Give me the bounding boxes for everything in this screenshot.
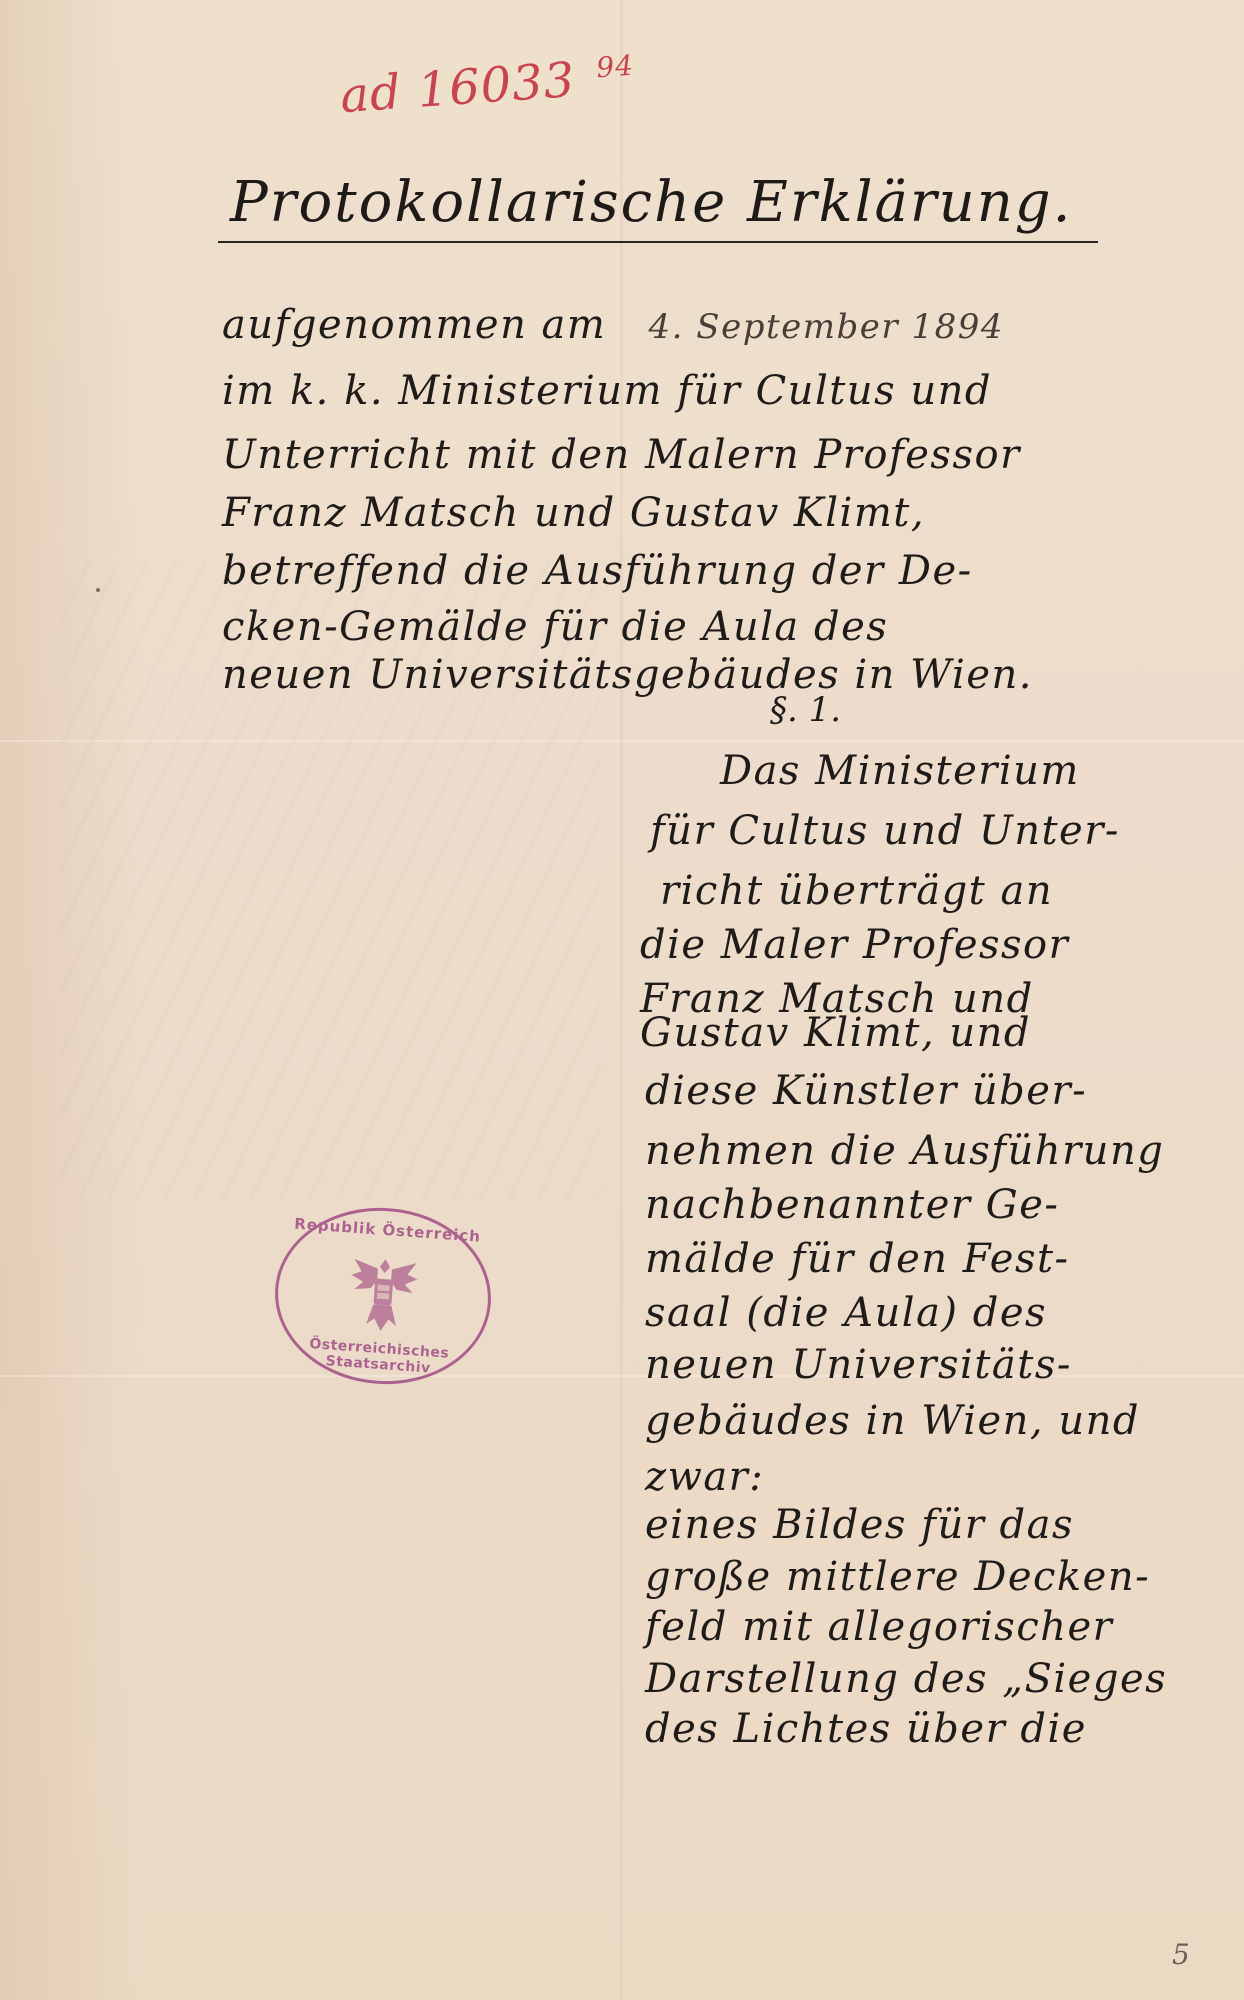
stamp-bottom-text: Österreichisches Staatsarchiv: [273, 1334, 485, 1381]
header-line-6: cken-Gemälde für die Aula des: [222, 604, 888, 650]
header-line-1: aufgenommen am 4. September 1894: [222, 302, 1004, 348]
section-line: nachbenannter Ge-: [645, 1182, 1059, 1228]
document-title: Protokollarische Erklärung.: [218, 170, 1108, 235]
section-line: saal (die Aula) des: [645, 1290, 1047, 1336]
section-line: gebäudes in Wien, und: [645, 1398, 1140, 1444]
title-underline: [218, 241, 1098, 243]
section-line: eines Bildes für das: [645, 1502, 1074, 1548]
section-line: die Maler Professor: [640, 922, 1069, 968]
section-mark: §. 1.: [770, 690, 841, 730]
section-line: mälde für den Fest-: [645, 1236, 1070, 1282]
header-line-text: aufgenommen am: [222, 302, 606, 348]
section-line: für Cultus und Unter-: [650, 808, 1120, 854]
header-line-4: Franz Matsch und Gustav Klimt,: [222, 490, 925, 536]
protocol-date: 4. September 1894: [649, 307, 1004, 347]
section-line: neuen Universitäts-: [645, 1342, 1072, 1388]
archive-stamp: Republik Österreich Österreichisches Sta…: [269, 1201, 497, 1392]
section-line: große mittlere Decken-: [645, 1554, 1150, 1600]
page-number-mark: 5: [1172, 1938, 1190, 1971]
eagle-coat-of-arms-icon: [343, 1249, 423, 1338]
document-page: ad 1603394 Protokollarische Erklärung. a…: [0, 0, 1244, 2000]
archive-reference-number: ad 1603394: [338, 48, 636, 124]
section-line: Gustav Klimt, und: [640, 1010, 1031, 1056]
section-line: nehmen die Ausführung: [645, 1128, 1164, 1174]
section-line: richt überträgt an: [660, 868, 1053, 914]
section-line: zwar:: [645, 1454, 764, 1500]
section-line: feld mit allegorischer: [645, 1604, 1113, 1650]
header-line-3: Unterricht mit den Malern Professor: [222, 432, 1021, 478]
stamp-top-text: Republik Österreich: [282, 1214, 493, 1247]
header-line-2: im k. k. Ministerium für Cultus und: [222, 368, 992, 414]
paper-fold-line: [620, 0, 623, 2000]
section-line: Darstellung des „Sieges: [645, 1656, 1167, 1702]
document-title-block: Protokollarische Erklärung.: [218, 170, 1108, 243]
archive-reference-year: 94: [595, 49, 635, 85]
section-line: diese Künstler über-: [645, 1068, 1087, 1114]
header-line-5: betreffend die Ausführung der De-: [222, 548, 973, 594]
archive-reference-text: ad 16033: [338, 52, 577, 124]
ink-speck: [96, 588, 100, 592]
header-line-7: neuen Universitätsgebäudes in Wien.: [222, 652, 1033, 698]
section-line: des Lichtes über die: [645, 1706, 1087, 1752]
section-line: Das Ministerium: [720, 748, 1080, 794]
